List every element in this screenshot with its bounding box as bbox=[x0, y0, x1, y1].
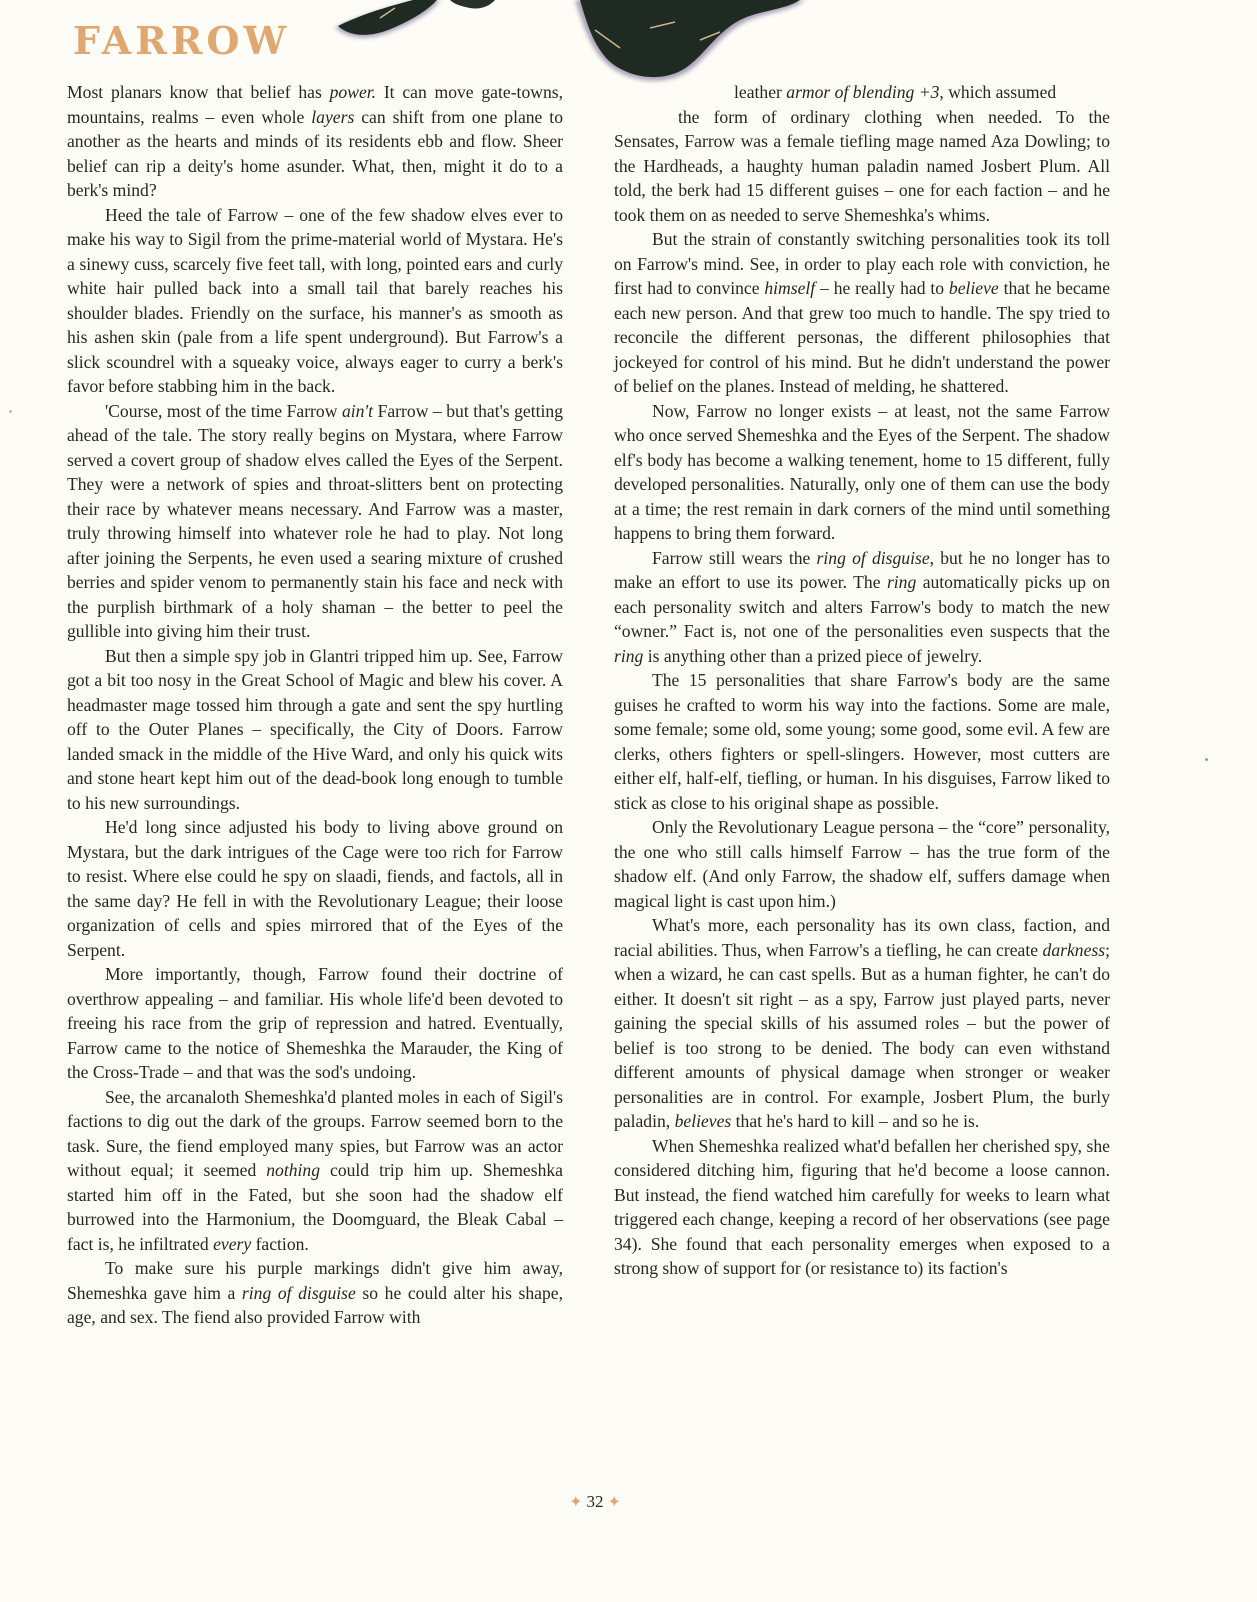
body-paragraph: Only the Revolutionary League persona – … bbox=[614, 815, 1110, 913]
text-run: , which assumed bbox=[939, 82, 1056, 102]
diamond-ornament-icon: ✦ bbox=[569, 1494, 582, 1511]
italic-term: ring of disguise bbox=[817, 548, 930, 568]
text-run: Heed the tale of Farrow – one of the few… bbox=[67, 205, 563, 397]
text-run: When Shemeshka realized what'd befallen … bbox=[614, 1136, 1110, 1279]
italic-term: himself bbox=[764, 278, 815, 298]
text-run: 'Course, most of the time Farrow bbox=[105, 401, 342, 421]
page-speck bbox=[9, 410, 12, 413]
body-paragraph: But then a simple spy job in Glantri tri… bbox=[67, 644, 563, 816]
body-paragraph: But the strain of constantly switching p… bbox=[614, 227, 1110, 399]
body-paragraph: Heed the tale of Farrow – one of the few… bbox=[67, 203, 563, 399]
text-run: What's more, each personality has its ow… bbox=[614, 915, 1110, 960]
italic-term: believe bbox=[949, 278, 999, 298]
italic-term: armor of blending +3 bbox=[786, 82, 939, 102]
text-run: Only the Revolutionary League persona – … bbox=[614, 817, 1110, 911]
wrapped-lead-lines: leather armor of blending +3, which assu… bbox=[614, 80, 1110, 129]
italic-term: darkness bbox=[1043, 940, 1106, 960]
italic-term: ring of disguise bbox=[242, 1283, 356, 1303]
body-paragraph: See, the arcanaloth Shemeshka'd planted … bbox=[67, 1085, 563, 1257]
text-run: faction. bbox=[251, 1234, 309, 1254]
diamond-ornament-icon: ✦ bbox=[608, 1494, 621, 1511]
left-text-column: Most planars know that belief has power.… bbox=[67, 80, 563, 1330]
text-run: – he really had to bbox=[815, 278, 949, 298]
page-title: FARROW bbox=[73, 22, 290, 60]
text-run: is anything other than a prized piece of… bbox=[643, 646, 982, 666]
text-run: Sensates, Farrow was a female tiefling m… bbox=[614, 131, 1110, 225]
italic-term: every bbox=[213, 1234, 251, 1254]
italic-term: layers bbox=[311, 107, 354, 127]
text-run: ; when a wizard, he can cast spells. But… bbox=[614, 940, 1110, 1132]
text-run: He'd long since adjusted his body to liv… bbox=[67, 817, 563, 960]
right-text-column: leather armor of blending +3, which assu… bbox=[614, 80, 1110, 1281]
body-paragraph: Sensates, Farrow was a female tiefling m… bbox=[614, 129, 1110, 227]
text-run: Most planars know that belief has bbox=[67, 82, 330, 102]
text-run: the form of ordinary clothing when neede… bbox=[678, 107, 1110, 127]
wrapped-line: leather armor of blending +3, which assu… bbox=[614, 80, 1110, 105]
document-page: FARROW Most planars know that belief has… bbox=[0, 0, 1257, 1602]
italic-term: ain't bbox=[342, 401, 373, 421]
page-number: 32 bbox=[587, 1492, 604, 1511]
italic-term: nothing bbox=[266, 1160, 320, 1180]
body-paragraph: To make sure his purple markings didn't … bbox=[67, 1256, 563, 1330]
body-paragraph: Most planars know that belief has power.… bbox=[67, 80, 563, 203]
body-paragraph: When Shemeshka realized what'd befallen … bbox=[614, 1134, 1110, 1281]
text-run: The 15 personalities that share Farrow's… bbox=[614, 670, 1110, 813]
text-run: Now, Farrow no longer exists – at least,… bbox=[614, 401, 1110, 544]
italic-term: ring bbox=[887, 572, 916, 592]
text-run: More importantly, though, Farrow found t… bbox=[67, 964, 563, 1082]
body-paragraph: What's more, each personality has its ow… bbox=[614, 913, 1110, 1134]
text-run: But then a simple spy job in Glantri tri… bbox=[67, 646, 563, 813]
text-run: Farrow still wears the bbox=[652, 548, 817, 568]
body-paragraph: He'd long since adjusted his body to liv… bbox=[67, 815, 563, 962]
wrapped-line: the form of ordinary clothing when neede… bbox=[614, 105, 1110, 130]
body-paragraph: Farrow still wears the ring of disguise,… bbox=[614, 546, 1110, 669]
text-run: Farrow – but that's getting ahead of the… bbox=[67, 401, 563, 642]
right-paragraphs: Sensates, Farrow was a female tiefling m… bbox=[614, 129, 1110, 1281]
body-paragraph: The 15 personalities that share Farrow's… bbox=[614, 668, 1110, 815]
italic-term: believes bbox=[675, 1111, 732, 1131]
text-run: that he's hard to kill – and so he is. bbox=[731, 1111, 979, 1131]
body-paragraph: More importantly, though, Farrow found t… bbox=[67, 962, 563, 1085]
page-footer: ✦32✦ bbox=[0, 1492, 1190, 1512]
italic-term: power. bbox=[330, 82, 376, 102]
text-run: leather bbox=[734, 82, 786, 102]
italic-term: ring bbox=[614, 646, 643, 666]
body-paragraph: 'Course, most of the time Farrow ain't F… bbox=[67, 399, 563, 644]
body-paragraph: Now, Farrow no longer exists – at least,… bbox=[614, 399, 1110, 546]
page-speck bbox=[1205, 758, 1208, 761]
